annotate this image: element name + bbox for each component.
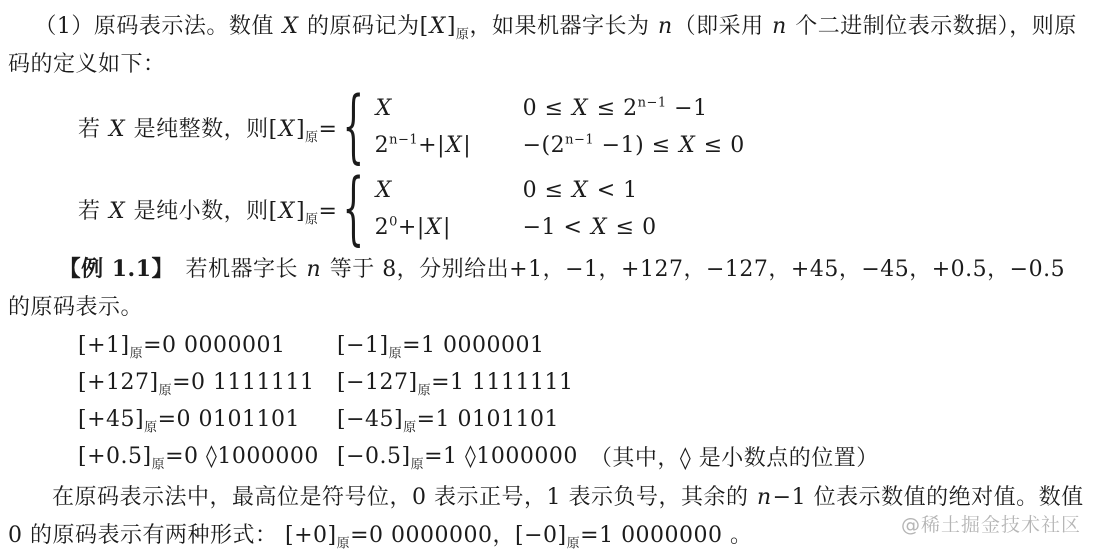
case-row: X 0 ≤ X ≤ 2n−1 −1 [375,90,745,127]
case-expression: 2n−1+|X| [375,127,523,164]
code-cell-positive: [+127]原=0 1111111 [78,370,337,395]
case-condition: 0 ≤ X ≤ 2n−1 −1 [523,90,708,127]
code-cell-negative: [−0.5]原=1 ◊1000000 [337,444,578,469]
code-row: [+127]原=0 1111111 [−127]原=1 1111111 [78,364,1085,401]
code-cell-positive: [+0.5]原=0 ◊1000000 [78,444,337,469]
formula-integer-lhs: 若 X 是纯整数，则[X]原= [78,112,337,143]
formula-fraction-cases: X 0 ≤ X < 1 20+|X| −1 < X ≤ 0 [375,172,657,246]
left-brace-glyph: { [342,80,364,174]
left-brace-glyph: { [342,162,364,256]
case-condition: 0 ≤ X < 1 [523,172,638,209]
code-row: [+45]原=0 0101101 [−45]原=1 0101101 [78,401,1085,438]
intro-paragraph: （1）原码表示法。数值 X 的原码记为[X]原，如果机器字长为 n（即采用 n … [8,8,1085,84]
case-condition: −(2n−1 −1) ≤ X ≤ 0 [523,127,745,164]
case-expression: X [375,90,523,127]
code-cell-positive: [+45]原=0 0101101 [78,407,337,432]
code-row: [+0.5]原=0 ◊1000000 [−0.5]原=1 ◊1000000 （其… [78,438,1085,475]
formula-integer-cases: X 0 ≤ X ≤ 2n−1 −1 2n−1+|X| −(2n−1 −1) ≤ … [375,90,745,164]
code-cell-negative: [−1]原=1 0000001 [337,333,545,358]
decimal-point-note: （其中，◊ 是小数点的位置） [590,441,879,472]
code-row: [+1]原=0 0000001 [−1]原=1 0000001 [78,327,1085,364]
example-paragraph: 【例 1.1】 若机器字长 n 等于 8，分别给出+1，−1，+127，−127… [8,250,1085,327]
formula-pure-integer: 若 X 是纯整数，则[X]原= { X 0 ≤ X ≤ 2n−1 −1 2n−1… [78,90,1085,164]
formula-fraction-lhs: 若 X 是纯小数，则[X]原= [78,194,337,225]
case-row: 20+|X| −1 < X ≤ 0 [375,209,657,246]
code-cell-negative: [−127]原=1 1111111 [337,370,574,395]
code-cell-positive: [+1]原=0 0000001 [78,333,337,358]
case-expression: 20+|X| [375,209,523,246]
case-expression: X [375,172,523,209]
document-page: （1）原码表示法。数值 X 的原码记为[X]原，如果机器字长为 n（即采用 n … [0,0,1111,551]
original-code-list: [+1]原=0 0000001 [−1]原=1 0000001 [+127]原=… [78,327,1085,475]
closing-paragraph: 在原码表示法中，最高位是符号位，0 表示正号，1 表示负号，其余的 n−1 位表… [8,479,1085,551]
case-condition: −1 < X ≤ 0 [523,209,657,246]
code-cell-negative: [−45]原=1 0101101 [337,407,559,432]
case-row: X 0 ≤ X < 1 [375,172,657,209]
formula-pure-fraction: 若 X 是纯小数，则[X]原= { X 0 ≤ X < 1 20+|X| −1 … [78,172,1085,246]
case-row: 2n−1+|X| −(2n−1 −1) ≤ X ≤ 0 [375,127,745,164]
